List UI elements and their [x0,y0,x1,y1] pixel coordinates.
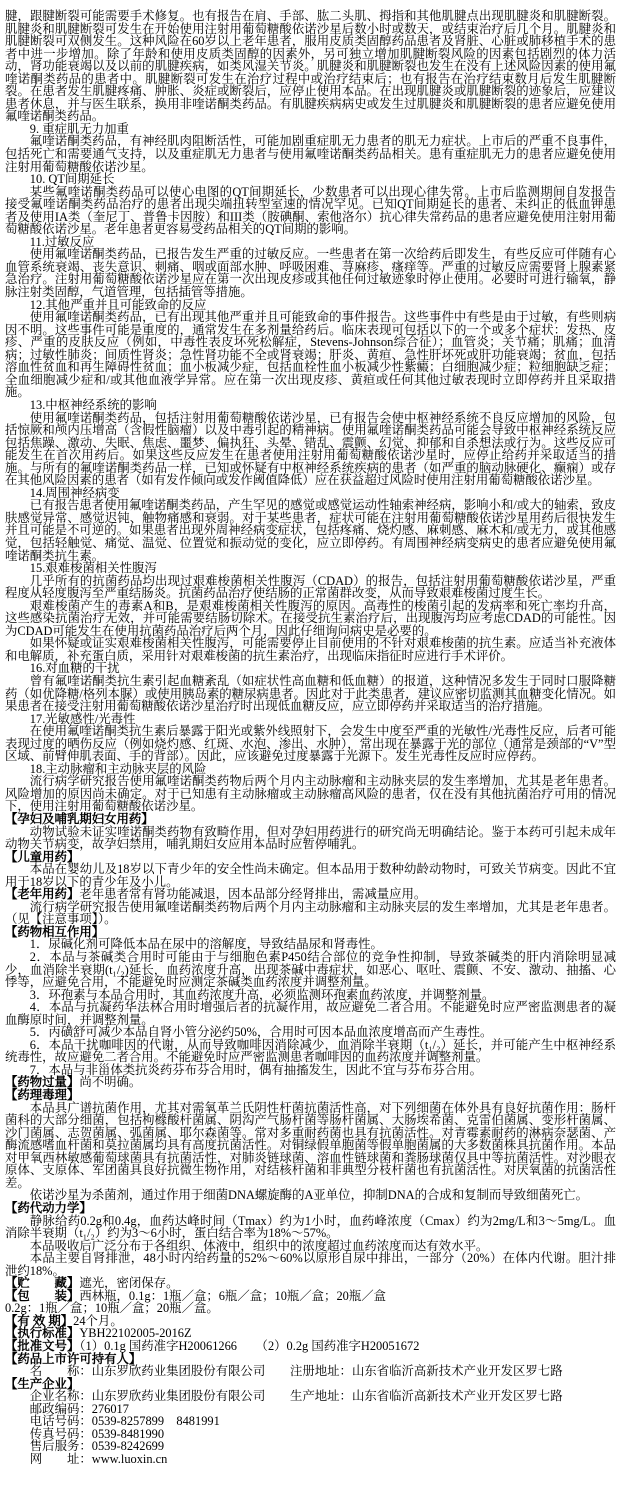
para-aneurysm-text: 流行病学研究报告使用氟喹诺酮类药物后两个月内主动脉瘤和主动脉夹层的发生率增加，尤… [5,774,616,813]
para-mah-name-address: 名 称：山东罗欣药业集团股份有限公司 注册地址：山东省临沂高新技术产业开发区罗七… [5,1365,616,1378]
para-pk-3-text: 本品主要自肾排泄，48小时内给药量的52%～60%以原形自尿中排出，一部分（20… [5,1251,616,1278]
para-pk-1-text: 静脉给药0.2g和0.4g，血药达峰时间（Tmax）约为1小时，血药峰浓度（Cm… [5,1214,616,1241]
para-interaction-2-text: 2．本品与茶碱类合用时可能由于与细胞色素P450结合部位的竞争性抑制，导致茶碱类… [5,950,616,989]
para-pharmacology-2: 依诺沙星为杀菌剂，通过作用于细菌DNA螺旋酶的A亚单位，抑制DNA的合成和复制而… [5,1189,616,1202]
para-phototoxicity: 在使用氟喹诺酮类抗生素后暴露于阳光或紫外线照射下，会发生中度至严重的光敏性/光毒… [5,725,616,763]
para-neuropathy: 已有报告患者使用氟喹诺酮类药品，产生罕见的感觉或感觉运动性轴索神经病，影响小和/… [5,499,616,562]
para-cdad-1-text: 几乎所有的抗菌药品均出现过艰难梭菌相关性腹泻（CDAD）的报告，包括注射用葡萄糖… [5,574,616,601]
para-tendon-continuation: 腱，跟腱断裂可能需要手术修复。也有报告在肩、手部、肱二头肌、拇指和其他肌腱点出现… [5,10,616,123]
para-allergy-text: 使用氟喹诺酮类药品，已报告发生严重的过敏反应。一些患者在第一次给药后即发生，有些… [5,247,616,299]
para-neuropathy-text: 已有报告患者使用氟喹诺酮类药品，产生罕见的感觉或感觉运动性轴索神经病，影响小和/… [5,498,616,562]
para-mah-name-address-text: 名 称：山东罗欣药业集团股份有限公司 注册地址：山东省临沂高新技术产业开发区罗七… [30,1364,563,1378]
para-interaction-2: 2．本品与茶碱类合用时可能由于与细胞色素P450结合部位的竞争性抑制，导致茶碱类… [5,951,616,989]
para-myasthenia: 氟喹诺酮类药品，有神经肌肉阻断活性，可能加剧重症肌无力患者的肌无力症状。上市后的… [5,135,616,173]
para-cdad-3-text: 如果怀疑或证实艰难梭菌相关性腹泻，可能需要停止目前使用的不针对艰难梭菌的抗生素。… [5,636,616,663]
para-cdad-2-text: 艰难梭菌产生的毒素A和B，是艰难梭菌相关性腹泻的原因。高毒性的梭菌引起的发病率和… [5,599,616,638]
para-pharmacology-1-text: 本品具广谱抗菌作用，尤其对需氧革兰氏阴性杆菌抗菌活性高，对下列细菌在体外具有良好… [5,1101,616,1190]
para-pediatric: 本品在婴幼儿及18岁以下青少年的安全性尚未确定。但本品用于数种幼龄动物时，可致关… [5,863,616,888]
para-cdad-2: 艰难梭菌产生的毒素A和B，是艰难梭菌相关性腹泻的原因。高毒性的梭菌引起的发病率和… [5,600,616,638]
para-cdad-1: 几乎所有的抗菌药品均出现过艰难梭菌相关性腹泻（CDAD）的报告，包括注射用葡萄糖… [5,575,616,600]
para-pk-3: 本品主要自肾排泄，48小时内给药量的52%～60%以原形自尿中排出，一部分（20… [5,1252,616,1277]
para-pharmacology-2-text: 依诺沙星为杀菌剂，通过作用于细菌DNA螺旋酶的A亚单位，抑制DNA的合成和复制而… [30,1188,588,1202]
para-geriatric-2: 流行病学研究报告使用氟喹诺酮类药物后两个月内主动脉瘤和主动脉夹层的发生率增加，尤… [5,901,616,926]
para-aneurysm: 流行病学研究报告使用氟喹诺酮类药物后两个月内主动脉瘤和主动脉夹层的发生率增加，尤… [5,775,616,813]
para-cdad-3: 如果怀疑或证实艰难梭菌相关性腹泻，可能需要停止目前使用的不针对艰难梭菌的抗生素。… [5,637,616,662]
para-allergy: 使用氟喹诺酮类药品，已报告发生严重的过敏反应。一些患者在第一次给药后即发生，有些… [5,248,616,298]
para-tendon-continuation-text: 腱，跟腱断裂可能需要手术修复。也有报告在肩、手部、肱二头肌、拇指和其他肌腱点出现… [5,9,616,123]
para-interaction-4-text: 4．本品与抗凝药华法林合用时增强后者的抗凝作用，故应避免二者合用。不能避免时应严… [5,1000,616,1027]
document-body: 腱，跟腱断裂可能需要手术修复。也有报告在肩、手部、肱二头肌、拇指和其他肌腱点出现… [5,10,616,1465]
para-qt-text: 某些氟喹诺酮类药品可以使心电图的QT间期延长，少数患者可以出现心律失常。上市后监… [5,185,616,237]
para-pk-1: 静脉给药0.2g和0.4g，血药达峰时间（Tmax）约为1小时，血药峰浓度（Cm… [5,1215,616,1240]
para-fatal-reactions: 使用氟喹诺酮类药品，已有出现其他严重并且可能致命的事件报告。这些事件中有些是由于… [5,311,616,399]
para-qt: 某些氟喹诺酮类药品可以使心电图的QT间期延长，少数患者可以出现心律失常。上市后监… [5,186,616,236]
para-myasthenia-text: 氟喹诺酮类药品，有神经肌肉阻断活性，可能加剧重症肌无力患者的肌无力症状。上市后的… [5,134,616,173]
para-phototoxicity-text: 在使用氟喹诺酮类抗生素后暴露于阳光或紫外线照射下，会发生中度至严重的光敏性/光毒… [5,724,616,763]
para-website-text: 网 址：www.luoxin.cn [30,1452,168,1466]
para-pediatric-text: 本品在婴幼儿及18岁以下青少年的安全性尚未确定。但本品用于数种幼龄动物时，可致关… [5,862,616,889]
package-insert-page: 腱，跟腱断裂可能需要手术修复。也有报告在肩、手部、肱二头肌、拇指和其他肌腱点出现… [0,0,622,1502]
para-pregnancy: 动物试验未证实喹诺酮类药物有致畸作用，但对孕妇用药进行的研究尚无明确结论。鉴于本… [5,826,616,851]
para-fatal-reactions-text: 使用氟喹诺酮类药品，已有出现其他严重并且可能致命的事件报告。这些事件中有些是由于… [5,310,616,399]
para-pregnancy-text: 动物试验未证实喹诺酮类药物有致畸作用，但对孕妇用药进行的研究尚无明确结论。鉴于本… [5,825,616,852]
para-blood-glucose-text: 曾有氟喹诺酮类抗生素引起血糖紊乱（如症状性高血糖和低血糖）的报道，这种情况多发生… [5,674,616,713]
para-interaction-4: 4．本品与抗凝药华法林合用时增强后者的抗凝作用，故应避免二者合用。不能避免时应严… [5,1001,616,1026]
para-website: 网 址：www.luoxin.cn [5,1453,616,1466]
para-pharmacology-1: 本品具广谱抗菌作用，尤其对需氧革兰氏阴性杆菌抗菌活性高，对下列细菌在体外具有良好… [5,1102,616,1190]
para-interaction-6: 6．本品干扰咖啡因的代谢，从而导致咖啡因消除减少，血消除半衰期（t₁/₂）延长，… [5,1039,616,1064]
para-interaction-6-text: 6．本品干扰咖啡因的代谢，从而导致咖啡因消除减少，血消除半衰期（t₁/₂）延长，… [5,1038,616,1065]
para-blood-glucose: 曾有氟喹诺酮类抗生素引起血糖紊乱（如症状性高血糖和低血糖）的报道，这种情况多发生… [5,675,616,713]
para-geriatric-2-text: 流行病学研究报告使用氟喹诺酮类药物后两个月内主动脉瘤和主动脉夹层的发生率增加，尤… [5,900,616,927]
section-overdose-text: 尚不明确。 [79,1075,141,1089]
section-overdose: 【药物过量】尚不明确。 [5,1076,616,1089]
para-cns: 使用氟喹诺酮类药品，包括注射用葡萄糖酸依诺沙星，已有报告会使中枢神经系统不良反应… [5,412,616,487]
para-cns-text: 使用氟喹诺酮类药品，包括注射用葡萄糖酸依诺沙星，已有报告会使中枢神经系统不良反应… [5,411,616,488]
